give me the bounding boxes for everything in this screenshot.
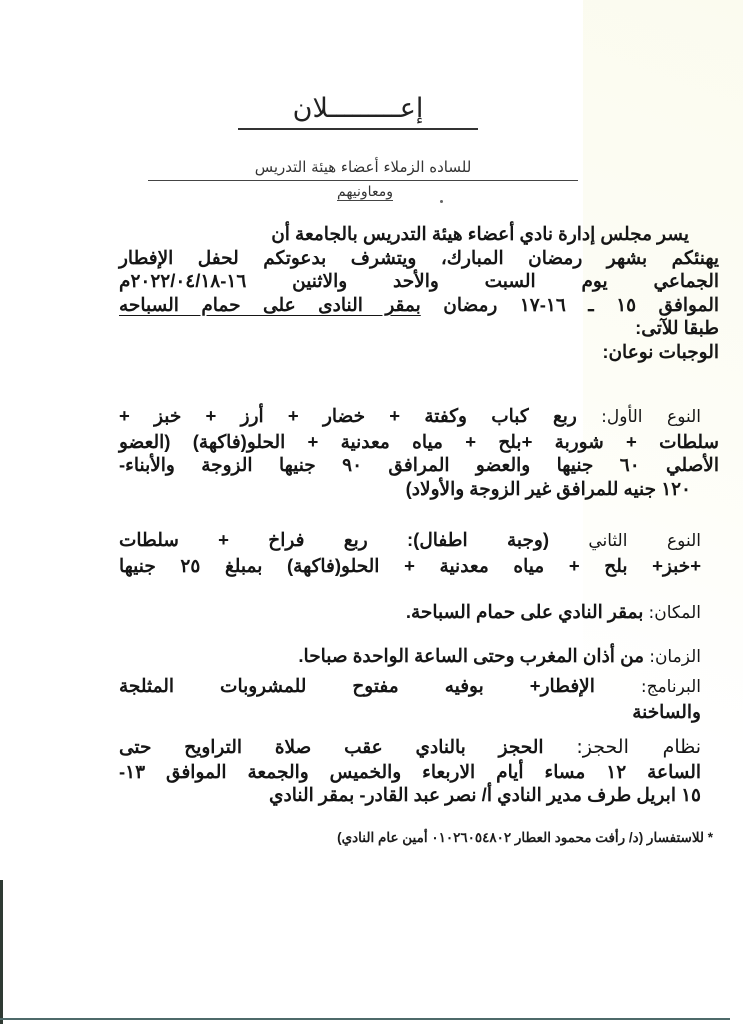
program-line-2: والساخنة: [119, 700, 719, 724]
time-label: الزمان:: [649, 647, 701, 667]
meal-type-1-line-2: سلطات + شوربة +بلح + مياه معدنية + الحلو…: [119, 430, 719, 454]
meal-type-1-items: ربع كباب وكفتة + خضار + أرز + خبز +: [119, 405, 577, 426]
meal-type-1-line-1: النوع الأول: ربع كباب وكفتة + خضار + أرز…: [119, 404, 719, 430]
scan-speck: [440, 200, 443, 203]
time-value: من أذان المغرب وحتى الساعة الواحدة صباحا…: [298, 645, 644, 666]
meal-type-1-line-4: ١٢٠ جنيه للمرافق غير الزوجة والأولاد): [119, 477, 719, 501]
place-section: المكان: بمقر النادي على حمام السباحة.: [119, 600, 719, 626]
meal-type-1-label: النوع الأول:: [601, 407, 701, 427]
meal-type-1-line-3: الأصلي ٦٠ جنيها والعضو المرافق ٩٠ جنيها …: [119, 453, 719, 477]
time-line: الزمان: من أذان المغرب وحتى الساعة الواح…: [119, 644, 719, 670]
program-line-1: البرنامج: الإفطار+ بوفيه مفتوح للمشروبات…: [119, 674, 719, 700]
addressee-line-1: للساده الزملاء أعضاء هيئة التدريس: [148, 154, 578, 181]
program-section: البرنامج: الإفطار+ بوفيه مفتوح للمشروبات…: [119, 674, 719, 723]
announcement-page: إعـــــــــلان للساده الزملاء أعضاء هيئة…: [0, 0, 743, 1024]
booking-line-3: ١٥ ابريل طرف مدير النادي أ/ نصر عبد القا…: [119, 783, 719, 807]
program-label: البرنامج:: [641, 677, 701, 697]
intro-line-2: يهنئكم بشهر رمضان المبارك، ويتشرف بدعوتك…: [119, 246, 719, 270]
booking-line-2: الساعة ١٢ مساء أيام الاربعاء والخميس وال…: [119, 760, 719, 784]
intro-line-1: يسر مجلس إدارة نادي أعضاء هيئة التدريس ب…: [119, 222, 719, 246]
meal-type-2-line-2: +خبز+ بلح + مياه معدنية + الحلو(فاكهة) ب…: [119, 554, 719, 578]
meal-type-2-label: النوع الثاني: [588, 531, 701, 551]
intro-line-4: الموافق ١٥ ـ ١٦-١٧ رمضان بمقر النادى على…: [119, 293, 719, 317]
meal-type-2: النوع الثاني (وجبة اطفال): ربع فراخ + سل…: [119, 528, 719, 577]
program-value: الإفطار+ بوفيه مفتوح للمشروبات المثلجة: [119, 675, 595, 696]
time-section: الزمان: من أذان المغرب وحتى الساعة الواح…: [119, 644, 719, 670]
meal-type-2-desc: (وجبة اطفال): ربع فراخ + سلطات: [119, 529, 549, 550]
addressee-line-2-text: ومعاونيهم: [337, 184, 393, 201]
booking-value: الحجز بالنادي عقب صلاة التراويح حتى: [119, 736, 544, 757]
booking-line-1: نظام الحجز: الحجز بالنادي عقب صلاة الترا…: [119, 735, 719, 760]
meals-heading: الوجبات نوعان:: [119, 340, 719, 364]
document-title: إعـــــــــلان: [238, 92, 478, 130]
meal-type-2-line-1: النوع الثاني (وجبة اطفال): ربع فراخ + سل…: [119, 528, 719, 554]
meal-type-1: النوع الأول: ربع كباب وكفتة + خضار + أرز…: [119, 404, 719, 500]
booking-section: نظام الحجز: الحجز بالنادي عقب صلاة الترا…: [119, 735, 719, 807]
inquiry-footnote: * للاستفسار (د/ رأفت محمود العطار ٠١٠٢٦٠…: [113, 828, 713, 848]
place-line: المكان: بمقر النادي على حمام السباحة.: [119, 600, 719, 626]
intro-paragraph: يسر مجلس إدارة نادي أعضاء هيئة التدريس ب…: [119, 222, 719, 363]
intro-line-5: طبقا للآتى:: [119, 316, 719, 340]
addressee-line-2: ومعاونيهم: [300, 182, 430, 202]
intro-line-4-prefix: الموافق ١٥ ـ ١٦-١٧ رمضان: [421, 294, 719, 315]
place-label: المكان:: [648, 603, 701, 623]
venue-underlined: بمقر النادى على حمام السباحه: [119, 294, 421, 315]
intro-line-3: الجماعي يوم السبت والأحد والاثنين ١٦-٢٠٢…: [119, 269, 719, 293]
place-value: بمقر النادي على حمام السباحة.: [406, 601, 643, 622]
booking-label: نظام الحجز:: [576, 736, 701, 758]
